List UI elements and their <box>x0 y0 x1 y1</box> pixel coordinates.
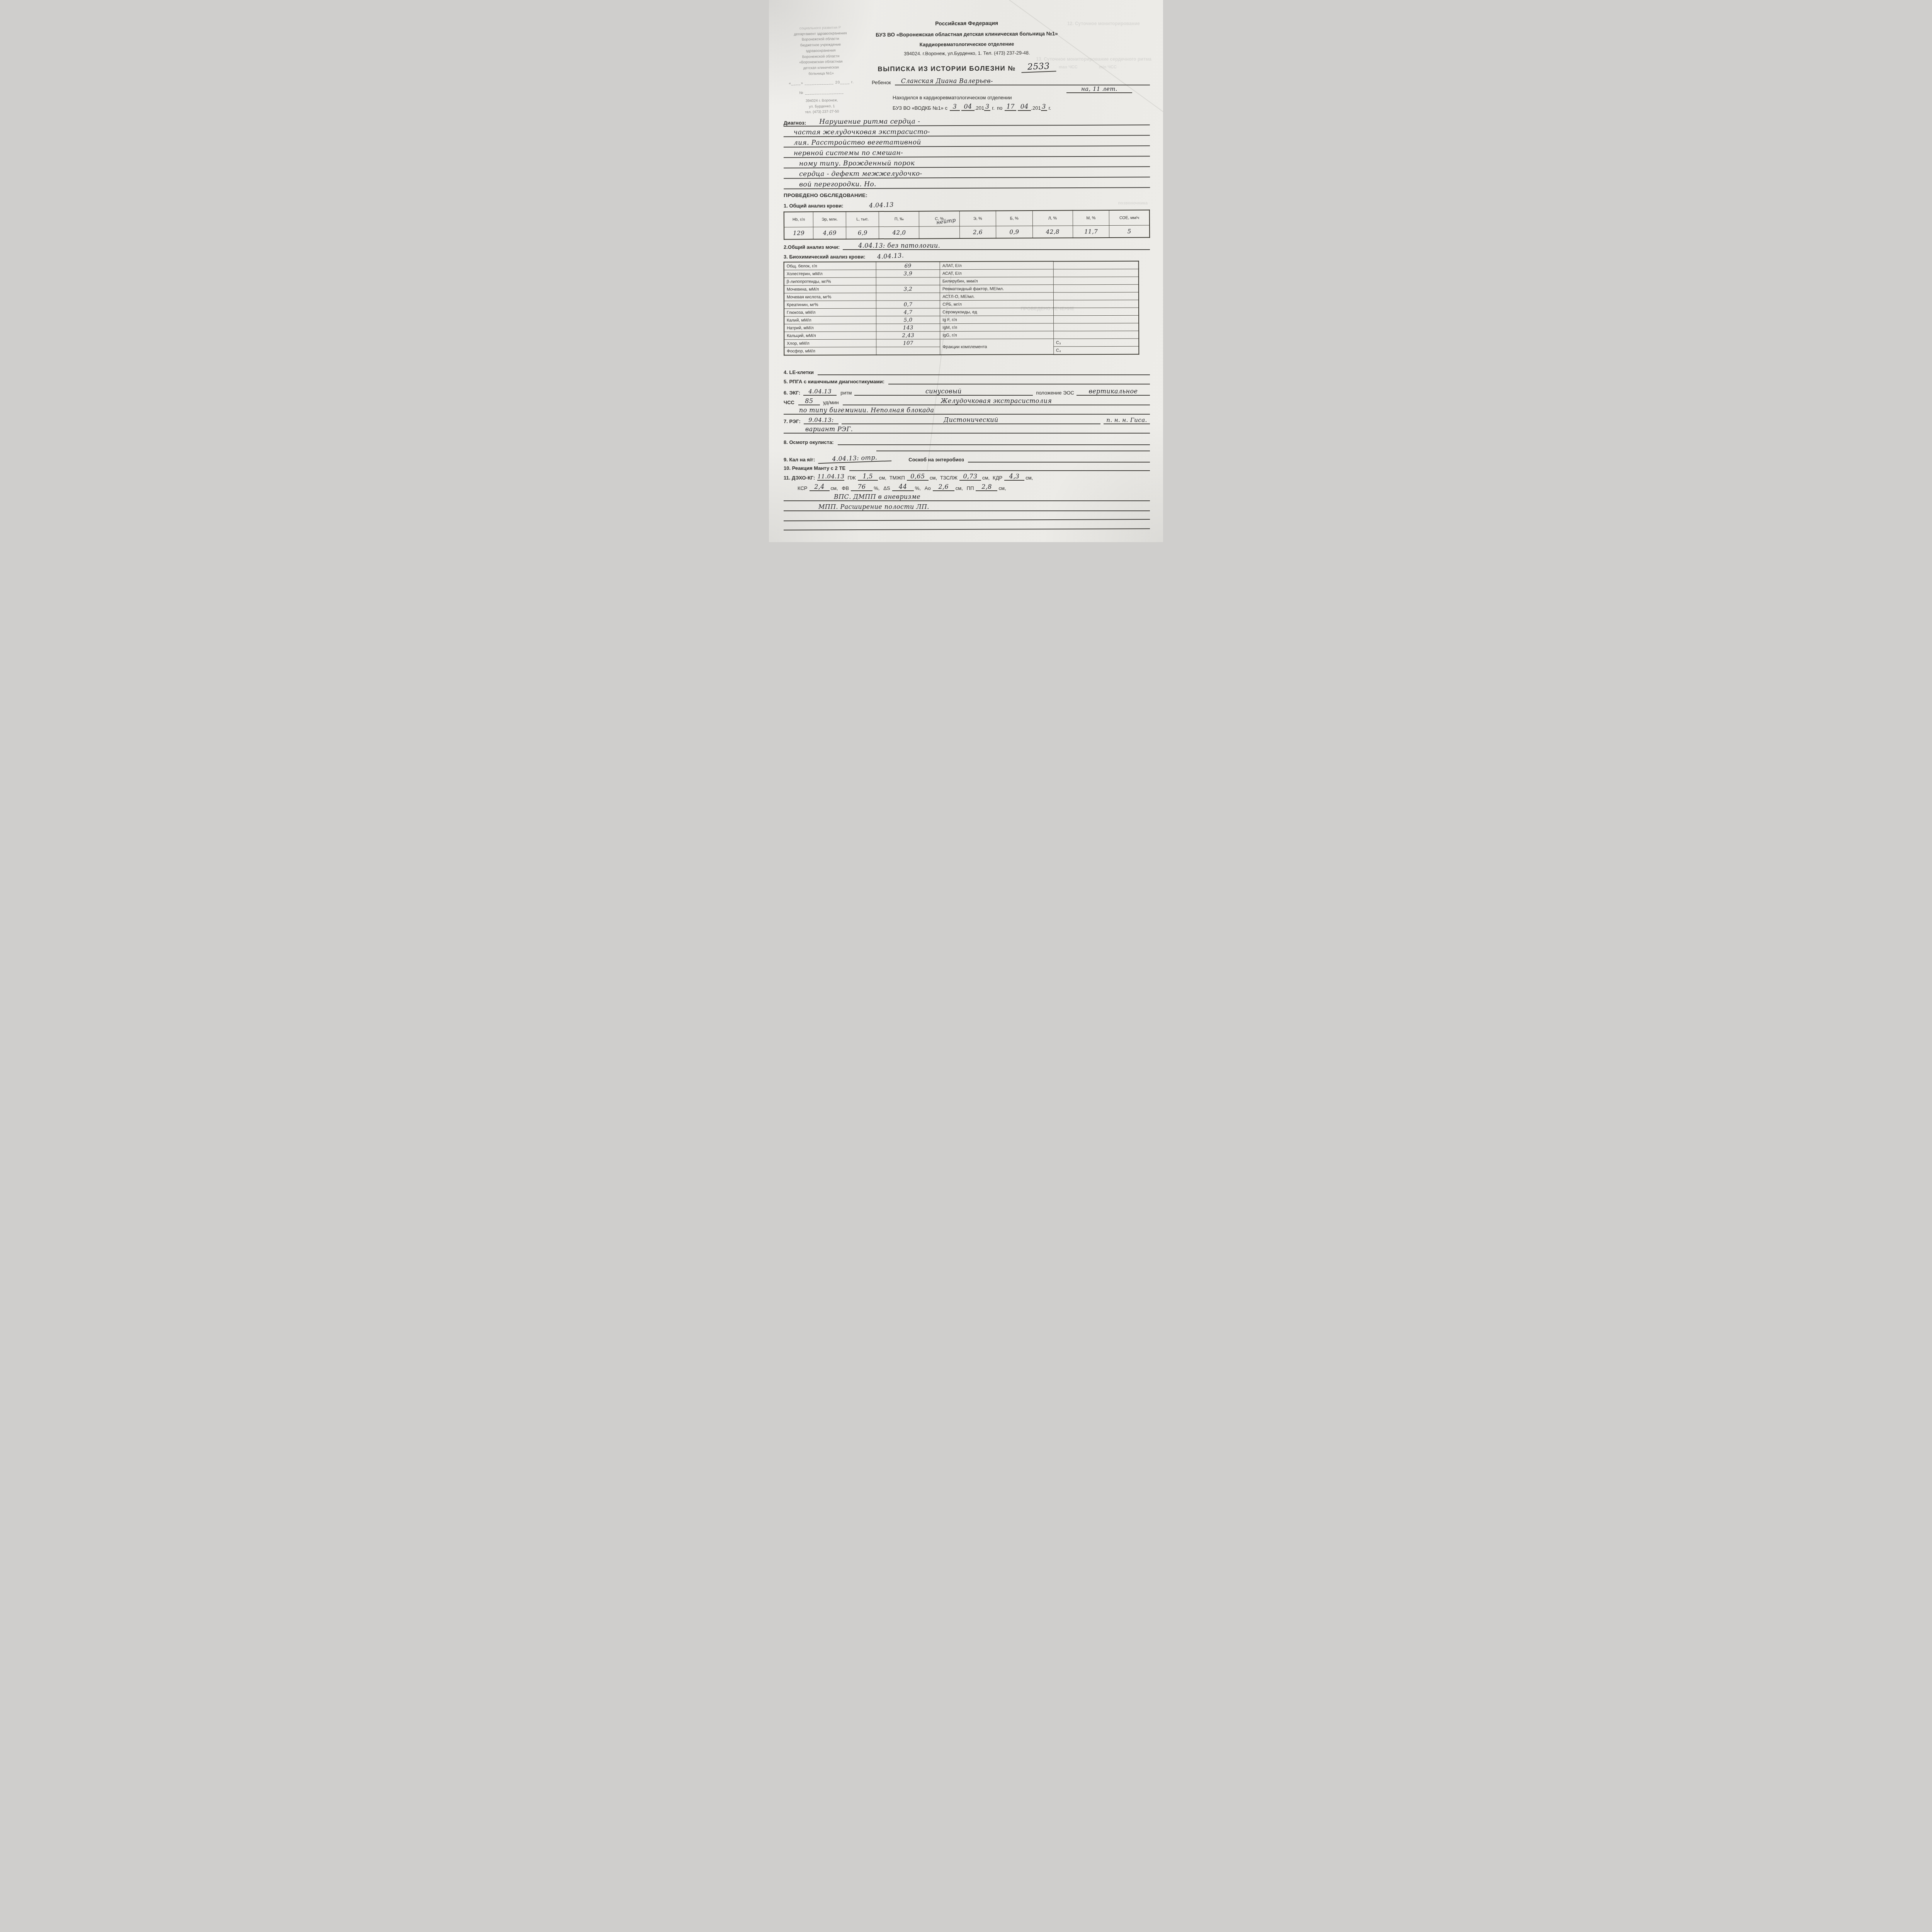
bio-param: Билирубин, мкм/л <box>940 277 1053 285</box>
reg-row2: вариант РЭГ. <box>784 424 1150 434</box>
echo-value-handwritten: 76 <box>851 483 872 491</box>
bio-value <box>1053 269 1138 277</box>
bio-row: Креатинин, мг% 0,7 СРБ, мг/л <box>784 300 1139 308</box>
echo-key: ФВ <box>842 485 849 491</box>
bio-row: Глюкоза, мМ/л 4,7 Серомукоиды, ед <box>784 308 1139 316</box>
bio-param: АЛАТ, Е/л <box>940 261 1053 269</box>
patient-label: Ребенок <box>872 80 891 85</box>
bio-row: Холестерин, мМ/л 3,9 АСАТ, Е/л <box>784 269 1139 277</box>
bio-label: 3. Биохимический анализ крови: <box>784 254 866 260</box>
bio-row: Калий, мМ/л 5,0 Ig F, г/л <box>784 315 1139 324</box>
diagnosis-handwritten: Нарушение ритма сердца - <box>819 117 920 126</box>
cbc-table-wrap: нейтр Hb, г/л Эр, млн. L, тыс. П, ‰ С, %… <box>784 211 1150 239</box>
bio-param-complement: Фракции комплемента <box>940 339 1054 355</box>
echo-unit: см, <box>831 485 838 491</box>
bio-param: Калий, мМ/л <box>784 316 876 324</box>
bio-param: IgG, г/л <box>940 331 1054 339</box>
cbc-header: М, % <box>1073 210 1109 226</box>
letterhead-country: Российская Федерация <box>784 19 1150 28</box>
echo-key: Ао <box>925 485 931 491</box>
bio-param: Креатинин, мг% <box>784 301 876 309</box>
bio-param: Хлор, мМ/л <box>784 339 876 347</box>
cbc-value: 11,7 <box>1073 226 1109 238</box>
echo-value-handwritten: 1,5 <box>858 473 878 481</box>
admit-day-handwritten: 3 <box>950 103 960 111</box>
diagnosis-label: Диагноз: <box>784 120 806 126</box>
echo-date-handwritten: 11.04.13 <box>817 473 844 481</box>
cbc-header: L, тыс. <box>846 211 879 227</box>
blank-ruled-line <box>784 520 1150 530</box>
bio-value <box>1053 261 1138 269</box>
echo-key: КДР <box>993 475 1002 481</box>
ekg-row3: по типу бигеминии. Неполная блокада <box>784 405 1150 415</box>
discharge-day-handwritten: 17 <box>1005 103 1016 111</box>
bio-row: Кальций, мМ/л 2,43 IgG, г/л <box>784 331 1139 339</box>
cbc-header: Hb, г/л <box>784 212 813 227</box>
ekg-row1: 6. ЭКГ: 4.04.13 ритм синусовый положение… <box>784 388 1150 396</box>
echo-key: ΔS <box>883 485 890 491</box>
reg-date-handwritten: 9.04.13: <box>804 417 838 424</box>
ekg-rhythm-label: ритм <box>840 390 852 396</box>
g-label: г. <box>1049 105 1051 111</box>
exam-heading: ПРОВЕДЕНО ОБСЛЕДОВАНИЕ: <box>784 192 1150 198</box>
diagnosis-line: частая желудочковая экстрасисто- <box>784 125 1150 137</box>
discharge-month-handwritten: 04 <box>1018 103 1031 111</box>
bio-value <box>1053 284 1138 293</box>
diagnosis-line: ному типу. Врожденный порок <box>784 156 1150 168</box>
bio-param: Мочевая кислота, мг% <box>784 293 876 301</box>
kal-row: 9. Кал на я/г: 4.04.13: отр. Соскоб на э… <box>784 454 1150 463</box>
cbc-value: 4,69 <box>813 227 846 239</box>
kal-label: 9. Кал на я/г: <box>784 457 815 463</box>
cbc-table: Hb, г/л Эр, млн. L, тыс. П, ‰ С, % Э, % … <box>784 210 1150 240</box>
reg-row1: 7. РЭГ: 9.04.13: Дистонический п. н. н. … <box>784 416 1150 424</box>
echo-unit: см, <box>1026 475 1033 481</box>
bio-value-handwritten: 143 <box>876 324 940 332</box>
scanned-discharge-summary: 12. Суточное мониторирование 13. Суточно… <box>769 0 1163 542</box>
bio-table: Общ. белок, г/л 69 АЛАТ, Е/л Холестерин,… <box>784 261 1139 355</box>
bio-param: IgM, г/л <box>940 323 1054 332</box>
urine-value-handwritten: 4.04.13: без патологии. <box>843 242 1150 250</box>
cbc-header: Э, % <box>959 211 996 226</box>
reg-value-handwritten: Дистонический <box>842 416 1100 424</box>
rpga-label: 5. РПГА с кишечными диагностикумами: <box>784 379 884 384</box>
echo-value-handwritten: 4,3 <box>1004 473 1024 481</box>
ekg-eos-label: положение ЭОС <box>1036 390 1074 396</box>
bio-value-handwritten: 5,0 <box>876 316 940 324</box>
urine-row: 2.Общий анализ мочи: 4.04.13: без патоло… <box>784 242 1150 250</box>
cbc-value: 42,0 <box>879 226 919 239</box>
echo-key: ПЖ <box>847 475 855 481</box>
patient-row: Ребенок Сланская Диана Валерьев- <box>784 77 1150 85</box>
diagnosis-handwritten: лия. Расстройство вегетативной <box>794 138 921 146</box>
echo-unit: см, <box>982 475 990 481</box>
bio-value <box>1053 300 1138 308</box>
echo-key: ТМЖП <box>889 475 905 481</box>
admit-month-handwritten: 04 <box>961 103 975 111</box>
po-label: по <box>997 105 1002 111</box>
cbc-header: П, ‰ <box>879 211 919 227</box>
diagnosis-line: сердца - дефект межжелудочко- <box>784 167 1150 179</box>
bio-value <box>1053 308 1138 316</box>
le-blank <box>818 368 1150 375</box>
cbc-label: 1. Общий анализ крови: <box>784 203 844 209</box>
ekg-row2: ЧСС 85 уд/мин Желудочковая экстрасистоли… <box>784 397 1150 405</box>
admit-year-handwritten: 3 <box>984 103 990 111</box>
year-prefix: .201 <box>975 105 984 111</box>
echo-value-handwritten: 2,6 <box>933 483 954 491</box>
echo-unit: см, <box>956 485 963 491</box>
cbc-header: Л, % <box>1032 211 1073 226</box>
echo-note2-row: МПП. Расширение полости ЛП. <box>784 501 1150 511</box>
ekg-label: 6. ЭКГ: <box>784 390 800 396</box>
bio-param: Мочевина, мМ/л <box>784 285 876 293</box>
year-prefix: .201 <box>1031 105 1041 111</box>
diagnosis-line: лия. Расстройство вегетативной <box>784 136 1150 147</box>
bio-value-handwritten <box>876 347 940 355</box>
diagnosis-handwritten: вой перегородки. Но. <box>799 180 876 189</box>
diagnosis-handwritten: сердца - дефект межжелудочко- <box>799 170 922 178</box>
bio-value-handwritten: 4,7 <box>876 308 940 316</box>
patient-name-handwritten: Сланская Диана Валерьев- <box>895 77 1150 85</box>
mantu-row: 10. Реакция Манту с 2 ТЕ <box>784 464 1150 471</box>
scrape-blank <box>968 456 1150 463</box>
echo-value-handwritten: 44 <box>892 483 914 491</box>
echo-note1-handwritten: ВПС. ДМПП в аневризме <box>834 493 920 500</box>
bio-param: Кальций, мМ/л <box>784 332 876 340</box>
oculist-blank2 <box>876 445 1150 451</box>
bio-value-handwritten: 69 <box>876 262 940 270</box>
oculist-row: 8. Осмотр окулиста: <box>784 438 1150 445</box>
bio-value <box>1053 315 1138 323</box>
bio-value <box>1053 323 1138 331</box>
bio-row: Хлор, мМ/л 107 Фракции комплемента С₃ <box>784 338 1139 347</box>
echo-note1-row: ВПС. ДМПП в аневризме <box>784 491 1150 501</box>
echo-value-handwritten: 0,65 <box>907 473 929 481</box>
cbc-header: Б, % <box>996 211 1032 226</box>
echo-unit: см, <box>930 475 937 481</box>
echo-key: ТЗСЛЖ <box>940 475 957 481</box>
mantu-label: 10. Реакция Манту с 2 ТЕ <box>784 465 845 471</box>
diagnosis-handwritten: частая желудочковая экстрасисто- <box>794 128 930 136</box>
cbc-header: Эр, млн. <box>813 212 846 227</box>
diagnosis-handwritten: ному типу. Врожденный порок <box>799 159 915 167</box>
echo-row2: КСР 2,4 см, ФВ 76 %, ΔS 44 %, Ао 2,6 см,… <box>784 483 1150 491</box>
patient-row-continued: на, 11 лет. <box>784 85 1150 93</box>
bio-row: β-липопротеиды, мг/% Билирубин, мкм/л <box>784 277 1139 285</box>
discharge-year-handwritten: 3 <box>1041 103 1047 111</box>
cbc-value <box>919 226 959 239</box>
bio-value <box>1053 331 1138 339</box>
echo-value-handwritten: 0,73 <box>959 473 981 481</box>
bio-param: Фосфор, мМ/л <box>784 347 876 355</box>
bio-row: Мочевая кислота, мг% АСТЛ-О, МЕ/мл. <box>784 292 1139 301</box>
cbc-header: СОЕ, мм/ч <box>1109 210 1150 226</box>
bio-param: Общ. белок, г/л <box>784 262 876 270</box>
cbc-value-row: 129 4,69 6,9 42,0 2,6 0,9 42,8 11,7 5 <box>784 225 1150 239</box>
bio-value-handwritten: 3,9 <box>876 270 940 277</box>
echo-key: ПП <box>967 485 974 491</box>
mantu-blank <box>849 464 1150 471</box>
reg-label: 7. РЭГ: <box>784 418 801 424</box>
echo-value-handwritten: 2,8 <box>976 483 997 491</box>
bio-row: Натрий, мМ/л 143 IgM, г/л <box>784 323 1139 332</box>
urine-label: 2.Общий анализ мочи: <box>784 244 840 250</box>
cbc-value: 5 <box>1109 225 1150 238</box>
bio-value-handwritten: 3,2 <box>876 285 940 293</box>
scrape-label: Соскоб на энтеробиоз <box>908 457 964 463</box>
letterhead-department: Кардиоревматологическое отделение <box>784 40 1150 49</box>
diagnosis-handwritten: нервной системы по смешан- <box>794 149 903 157</box>
patient-age-handwritten: на, 11 лет. <box>1066 85 1132 93</box>
bio-param: АСТЛ-О, МЕ/мл. <box>940 293 1054 301</box>
bio-param: Ревматоидный фактор, МЕ/мл. <box>940 285 1054 293</box>
echo-label: 11. ДЭХО-КГ: <box>784 475 815 481</box>
ekg-eos-handwritten: вертикальное <box>1077 388 1150 396</box>
echo-unit: %, <box>915 485 921 491</box>
bio-complement-c4: С₄ <box>1054 346 1139 354</box>
bio-value <box>1053 292 1138 300</box>
bio-param: Натрий, мМ/л <box>784 324 876 332</box>
diagnosis-block: Диагноз: Нарушение ритма сердца - частая… <box>784 115 1150 189</box>
echo-key: КСР <box>798 485 808 491</box>
oculist-blank <box>838 438 1150 445</box>
echo-unit: см, <box>879 475 886 481</box>
cbc-header-row: Hb, г/л Эр, млн. L, тыс. П, ‰ С, % Э, % … <box>784 210 1150 227</box>
history-number-handwritten: 2533 <box>1021 61 1056 73</box>
cbc-value: 42,8 <box>1032 226 1073 238</box>
rpga-row: 5. РПГА с кишечными диагностикумами: <box>784 378 1150 384</box>
ekg-gisa-handwritten: п. н. н. Гиса. <box>1104 417 1150 424</box>
diagnosis-line: нервной системы по смешан- <box>784 146 1150 158</box>
bio-value-handwritten <box>876 277 940 285</box>
bio-complement-c3: С₃ <box>1054 338 1139 347</box>
cbc-date-handwritten: 4.04.13 <box>869 201 893 209</box>
bio-param: Серомукоиды, ед <box>940 308 1054 316</box>
ekg-hr-handwritten: 85 <box>798 397 820 405</box>
ekg-note-handwritten: Желудочковая экстрасистолия <box>843 397 1150 405</box>
bio-value-handwritten <box>876 293 940 301</box>
cbc-label-row: 1. Общий анализ крови: 4.04.13 <box>784 201 1150 209</box>
diagnosis-line: Диагноз: Нарушение ритма сердца - <box>784 115 1150 126</box>
bio-row: Общ. белок, г/л 69 АЛАТ, Е/л <box>784 261 1139 270</box>
bio-param: АСАТ, Е/л <box>940 269 1053 277</box>
g-label: г. <box>992 105 995 111</box>
reg-value2-handwritten: вариант РЭГ. <box>805 425 853 433</box>
document-title-row: ВЫПИСКА ИЗ ИСТОРИИ БОЛЕЗНИ № 2533 <box>784 61 1150 74</box>
stay-prefix: БУЗ ВО «ВОДКБ №1» с <box>893 105 947 111</box>
letterhead: Российская Федерация БУЗ ВО «Воронежская… <box>784 19 1150 58</box>
bio-value-handwritten: 0,7 <box>876 301 940 308</box>
bio-param: Ig F, г/л <box>940 316 1054 324</box>
rpga-blank <box>888 378 1150 384</box>
bio-param: β-липопротеиды, мг/% <box>784 277 876 286</box>
echo-value-handwritten: 2,4 <box>810 483 830 491</box>
oculist-label: 8. Осмотр окулиста: <box>784 439 834 445</box>
bio-value-handwritten: 2,43 <box>876 332 940 339</box>
echo-note2-handwritten: МПП. Расширение полости ЛП. <box>818 503 929 510</box>
letterhead-address: 394024. г.Воронеж, ул.Бурденко, 1. Тел. … <box>784 49 1150 58</box>
bio-value-handwritten: 107 <box>876 339 940 347</box>
echo-unit: см, <box>998 485 1006 491</box>
ekg-date-handwritten: 4.04.13 <box>803 388 837 396</box>
stay-line1: Находился в кардиоревматологическом отде… <box>784 95 1150 100</box>
cbc-value: 2,6 <box>959 226 996 238</box>
bio-param: Глюкоза, мМ/л <box>784 308 876 316</box>
bio-param: СРБ, мг/л <box>940 300 1054 308</box>
bio-label-row: 3. Биохимический анализ крови: 4.04.13. <box>784 252 1150 260</box>
bio-value <box>1053 277 1138 285</box>
ekg-note2-handwritten: по типу бигеминии. Неполная блокада <box>799 406 934 414</box>
diagnosis-line: вой перегородки. Но. <box>784 177 1150 189</box>
stay-line2: БУЗ ВО «ВОДКБ №1» с 3 04 .201 3 г. по 17… <box>784 103 1150 111</box>
letterhead-hospital: БУЗ ВО «Воронежская областная детская кл… <box>784 30 1150 39</box>
le-label: 4. LE-клетки <box>784 369 814 375</box>
echo-row1: 11. ДЭХО-КГ: 11.04.13 ПЖ 1,5 см, ТМЖП 0,… <box>784 473 1150 481</box>
oculist-row2 <box>784 445 1150 451</box>
echo-unit: %, <box>874 485 879 491</box>
cbc-value: 0,9 <box>996 226 1033 238</box>
bio-param: Холестерин, мМ/л <box>784 270 876 278</box>
le-row: 4. LE-клетки <box>784 368 1150 375</box>
cbc-value: 6,9 <box>846 227 879 239</box>
bio-row: Мочевина, мМ/л 3,2 Ревматоидный фактор, … <box>784 284 1139 293</box>
ekg-hr-units: уд/мин <box>823 400 839 405</box>
kal-value-handwritten: 4.04.13: отр. <box>818 453 892 464</box>
ekg-rhythm-handwritten: синусовый <box>854 388 1033 396</box>
ekg-hr-label: ЧСС <box>784 400 794 405</box>
cbc-value: 129 <box>784 227 813 240</box>
bio-date-handwritten: 4.04.13. <box>877 252 904 260</box>
document-title: ВЫПИСКА ИЗ ИСТОРИИ БОЛЕЗНИ № <box>878 65 1016 73</box>
